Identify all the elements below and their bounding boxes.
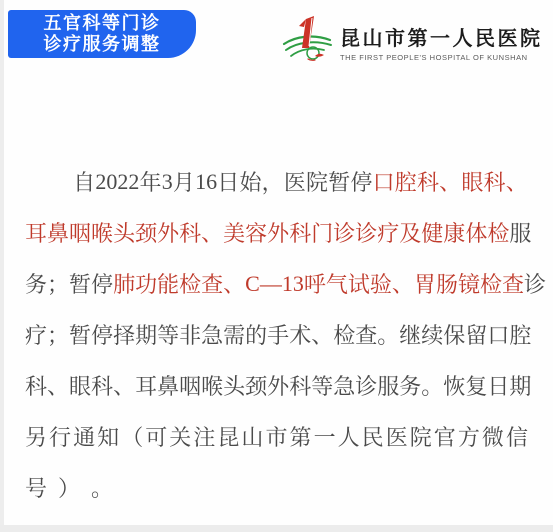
body-text-char: 手 bbox=[267, 319, 289, 350]
body-text-char: ， bbox=[262, 166, 284, 197]
body-text-char: 急 bbox=[333, 370, 355, 401]
highlighted-text-char: 鼻 bbox=[47, 217, 69, 248]
body-text-char: 官 bbox=[434, 421, 456, 452]
highlighted-text-char: 耳 bbox=[25, 217, 47, 248]
notice-body: 自2022年3月16日始，医院暂停口腔科、眼科、耳鼻咽喉头颈外科、美容外科门诊诊… bbox=[25, 156, 528, 513]
highlighted-text-char: 头 bbox=[113, 217, 135, 248]
body-text-char: 期 bbox=[509, 370, 531, 401]
notice-line: 耳鼻咽喉头颈外科、美容外科门诊诊疗及健康体检服 bbox=[25, 207, 528, 258]
highlighted-text-char: 外 bbox=[157, 217, 179, 248]
body-text-char: 疗 bbox=[25, 319, 47, 350]
highlighted-text-char: 能 bbox=[157, 268, 179, 299]
body-text-char: 口 bbox=[487, 319, 509, 350]
body-text-char: 科 bbox=[91, 370, 113, 401]
body-text-char: 日 bbox=[217, 166, 239, 197]
body-text-char: 诊 bbox=[524, 268, 546, 299]
body-text-char: 、 bbox=[47, 370, 69, 401]
notice-line: 务；暂停肺功能检查、C—13呼气试验、胃肠镜检查诊 bbox=[25, 258, 528, 309]
highlighted-text-char: 美 bbox=[223, 217, 245, 248]
body-text-char: 一 bbox=[314, 421, 336, 452]
body-text-char: 外 bbox=[267, 370, 289, 401]
body-text-char: 可 bbox=[145, 421, 167, 452]
body-text-char: 等 bbox=[311, 370, 333, 401]
highlighted-text-char: 胃 bbox=[414, 268, 436, 299]
body-text-char: 、 bbox=[311, 319, 333, 350]
highlighted-text-char: 及 bbox=[399, 217, 421, 248]
body-text-char: 民 bbox=[362, 421, 384, 452]
body-text-char: 检 bbox=[333, 319, 355, 350]
body-text-char: 。 bbox=[421, 370, 443, 401]
body-text-char: 市 bbox=[265, 421, 287, 452]
body-text-char: 务 bbox=[25, 268, 47, 299]
body-text-char: 年 bbox=[140, 166, 162, 197]
highlighted-text-char: 眼 bbox=[461, 166, 483, 197]
body-text-char: 月 bbox=[173, 166, 195, 197]
highlighted-text-char: 颈 bbox=[135, 217, 157, 248]
body-text-char: 信 bbox=[506, 421, 528, 452]
body-text-char: 非 bbox=[179, 319, 201, 350]
body-text-char: 诊 bbox=[355, 370, 377, 401]
body-text-char: ； bbox=[47, 319, 69, 350]
notice-line: 自2022年3月16日始，医院暂停口腔科、眼科、 bbox=[25, 156, 528, 207]
highlighted-text-char: 、 bbox=[506, 166, 528, 197]
body-text-char: 暂 bbox=[328, 166, 350, 197]
body-text-char: 微 bbox=[482, 421, 504, 452]
highlighted-text-char: 检 bbox=[179, 268, 201, 299]
notice-line: 疗；暂停择期等非急需的手术、检查。继续保留口腔 bbox=[25, 309, 528, 360]
badge-title-line1: 五官科等门诊 bbox=[44, 13, 161, 34]
body-text-char: 通 bbox=[73, 421, 95, 452]
body-text-char: 查 bbox=[355, 319, 377, 350]
highlighted-text-char: 康 bbox=[443, 217, 465, 248]
body-text-char: 科 bbox=[289, 370, 311, 401]
highlighted-text-char: 外 bbox=[267, 217, 289, 248]
highlighted-text-char: 容 bbox=[245, 217, 267, 248]
notice-title-badge: 五官科等门诊 诊疗服务调整 bbox=[8, 10, 196, 58]
body-text-char: 自 bbox=[73, 166, 95, 197]
highlighted-text-char: 科 bbox=[289, 217, 311, 248]
highlighted-text-char: 体 bbox=[465, 217, 487, 248]
body-text-char: 关 bbox=[169, 421, 191, 452]
notice-line: 号）。 bbox=[25, 462, 528, 513]
body-text-char: 耳 bbox=[135, 370, 157, 401]
body-text-char: 行 bbox=[49, 421, 71, 452]
body-text-char: 术 bbox=[289, 319, 311, 350]
highlighted-text-char: 门 bbox=[311, 217, 333, 248]
body-text-char: 。 bbox=[377, 319, 399, 350]
page-bottom-edge bbox=[0, 525, 553, 532]
body-text-char: 恢 bbox=[443, 370, 465, 401]
body-text-char: 需 bbox=[223, 319, 245, 350]
highlighted-text-char: 镜 bbox=[458, 268, 480, 299]
body-text-char: 咽 bbox=[179, 370, 201, 401]
body-text-char: 服 bbox=[509, 217, 531, 248]
body-text-char: 头 bbox=[223, 370, 245, 401]
highlighted-text-char: 气 bbox=[326, 268, 348, 299]
body-text-char: 的 bbox=[245, 319, 267, 350]
hospital-name-en: THE FIRST PEOPLE'S HOSPITAL OF KUNSHAN bbox=[340, 53, 543, 62]
body-text-char: 期 bbox=[135, 319, 157, 350]
hospital-logo-names: 昆山市第一人民医院 THE FIRST PEOPLE'S HOSPITAL OF… bbox=[340, 14, 543, 62]
highlighted-text-char: 口 bbox=[373, 166, 395, 197]
body-text-char: 急 bbox=[201, 319, 223, 350]
highlighted-text-char: 科 bbox=[417, 166, 439, 197]
body-text-char: 、 bbox=[113, 370, 135, 401]
body-text-char: 医 bbox=[386, 421, 408, 452]
highlighted-text-char: 科 bbox=[179, 217, 201, 248]
body-text-char: 注 bbox=[193, 421, 215, 452]
page-left-edge bbox=[0, 0, 4, 532]
highlighted-text-char: 验 bbox=[370, 268, 392, 299]
body-text-char: 颈 bbox=[245, 370, 267, 401]
notice-line: 科、眼科、耳鼻咽喉头颈外科等急诊服务。恢复日期 bbox=[25, 360, 528, 411]
body-text-char: 山 bbox=[241, 421, 263, 452]
body-text-char: 眼 bbox=[69, 370, 91, 401]
highlighted-text-char: 疗 bbox=[377, 217, 399, 248]
body-text-char: 知 bbox=[97, 421, 119, 452]
body-text-char: 停 bbox=[91, 268, 113, 299]
body-text-char: 。 bbox=[91, 472, 113, 503]
body-text-char: 继 bbox=[399, 319, 421, 350]
body-text-char: 第 bbox=[290, 421, 312, 452]
highlighted-text-char: 喉 bbox=[91, 217, 113, 248]
notice-line: 另行通知（可关注昆山市第一人民医院官方微信 bbox=[25, 411, 528, 462]
body-text-char: 等 bbox=[157, 319, 179, 350]
body-text-char: 保 bbox=[443, 319, 465, 350]
body-text-char: 停 bbox=[91, 319, 113, 350]
body-text-char: 另 bbox=[25, 421, 47, 452]
body-text-char: 方 bbox=[458, 421, 480, 452]
body-text-char: 医 bbox=[284, 166, 306, 197]
body-text-char: 16 bbox=[195, 169, 217, 195]
body-text-char: 2022 bbox=[95, 169, 139, 195]
highlighted-text-char: 查 bbox=[201, 268, 223, 299]
body-text-char: 腔 bbox=[509, 319, 531, 350]
highlighted-text-char: 、 bbox=[201, 217, 223, 248]
highlighted-text-char: 功 bbox=[135, 268, 157, 299]
highlighted-text-char: 试 bbox=[348, 268, 370, 299]
highlighted-text-char: 、 bbox=[223, 268, 245, 299]
highlighted-text-char: 检 bbox=[480, 268, 502, 299]
body-text-char: ； bbox=[47, 268, 69, 299]
body-text-char: 3 bbox=[162, 169, 173, 195]
highlighted-text-char: C—13 bbox=[245, 271, 304, 297]
highlighted-text-char: 诊 bbox=[355, 217, 377, 248]
highlighted-text-char: 诊 bbox=[333, 217, 355, 248]
body-text-char: 科 bbox=[25, 370, 47, 401]
highlighted-text-char: 、 bbox=[439, 166, 461, 197]
body-text-char: 人 bbox=[338, 421, 360, 452]
highlighted-text-char: 肠 bbox=[436, 268, 458, 299]
hospital-logo-emblem-icon bbox=[282, 14, 334, 64]
highlighted-text-char: 科 bbox=[484, 166, 506, 197]
body-text-char: 鼻 bbox=[157, 370, 179, 401]
highlighted-text-char: 呼 bbox=[304, 268, 326, 299]
badge-title-line2: 诊疗服务调整 bbox=[44, 34, 161, 55]
highlighted-text-char: 健 bbox=[421, 217, 443, 248]
body-text-char: 停 bbox=[350, 166, 372, 197]
hospital-logo: 昆山市第一人民医院 THE FIRST PEOPLE'S HOSPITAL OF… bbox=[282, 14, 532, 64]
body-text-char: 服 bbox=[377, 370, 399, 401]
body-text-char: 择 bbox=[113, 319, 135, 350]
highlighted-text-char: 肺 bbox=[113, 268, 135, 299]
body-text-char: ） bbox=[58, 472, 80, 503]
body-text-char: 暂 bbox=[69, 268, 91, 299]
body-text-char: 始 bbox=[239, 166, 261, 197]
highlighted-text-char: 检 bbox=[487, 217, 509, 248]
highlighted-text-char: 查 bbox=[502, 268, 524, 299]
body-text-char: 务 bbox=[399, 370, 421, 401]
body-text-char: 续 bbox=[421, 319, 443, 350]
highlighted-text-char: 腔 bbox=[395, 166, 417, 197]
body-text-char: 号 bbox=[25, 472, 47, 503]
body-text-char: 院 bbox=[306, 166, 328, 197]
body-text-char: 日 bbox=[487, 370, 509, 401]
body-text-char: 留 bbox=[465, 319, 487, 350]
highlighted-text-char: 、 bbox=[392, 268, 414, 299]
body-text-char: 暂 bbox=[69, 319, 91, 350]
body-text-char: 院 bbox=[410, 421, 432, 452]
body-text-char: 喉 bbox=[201, 370, 223, 401]
hospital-name-cn: 昆山市第一人民医院 bbox=[340, 22, 543, 51]
body-text-char: 昆 bbox=[217, 421, 239, 452]
highlighted-text-char: 咽 bbox=[69, 217, 91, 248]
body-text-char: 复 bbox=[465, 370, 487, 401]
body-text-char: （ bbox=[121, 421, 143, 452]
